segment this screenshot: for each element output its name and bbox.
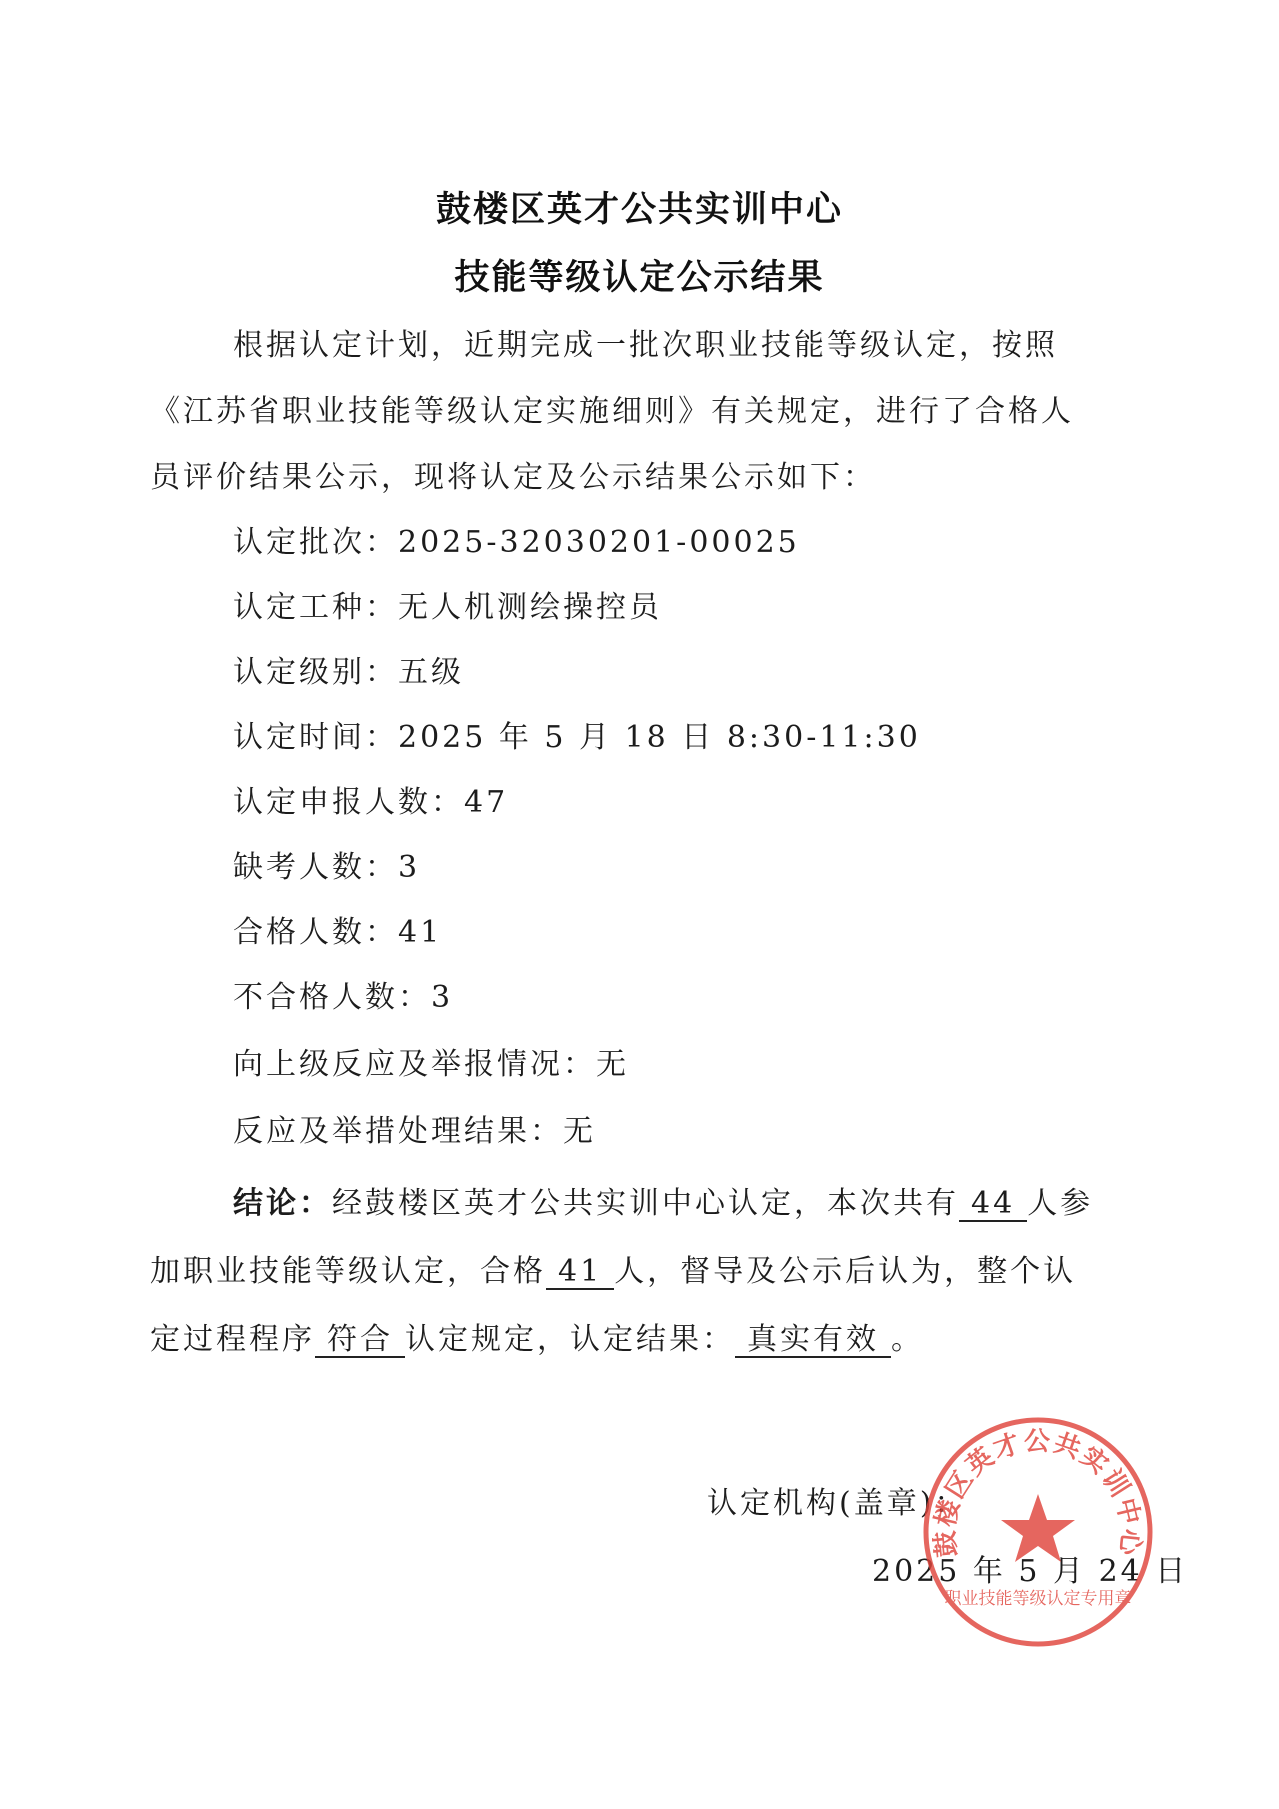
field-occupation: 认定工种：无人机测绘操控员 [233,582,662,626]
field-reports: 向上级反应及举报情况：无 [233,1039,629,1083]
field-absent: 缺考人数：3 [233,842,420,886]
field-label: 认定批次： [233,525,398,560]
field-label: 向上级反应及举报情况： [233,1047,596,1082]
result-value: 真实有效 [735,1324,891,1358]
field-value: 3 [398,850,420,885]
conclusion-label: 结论： [233,1186,332,1221]
document-title-line1: 鼓楼区英才公共实训中心 [0,182,1279,232]
field-batch: 认定批次：2025-32030201-00025 [233,517,800,561]
conclusion-line-1: 结论：经鼓楼区英才公共实训中心认定，本次共有44人参 [233,1178,1093,1222]
intro-line-2: 《江苏省职业技能等级认定实施细则》有关规定，进行了合格人 [150,386,1074,430]
field-handling: 反应及举措处理结果：无 [233,1106,596,1150]
field-label: 缺考人数： [233,850,398,885]
field-value: 五级 [398,655,464,690]
official-seal-stamp: 鼓楼区英才公共实训中心 职业技能等级认定专用章 [918,1412,1158,1652]
field-passed: 合格人数：41 [233,907,442,951]
participants-count: 44 [959,1188,1027,1222]
field-value: 无 [563,1114,596,1149]
field-applicants: 认定申报人数：47 [233,777,508,821]
field-label: 认定工种： [233,590,398,625]
field-label: 反应及举措处理结果： [233,1114,563,1149]
star-icon [1001,1494,1075,1562]
conclusion-text: 。 [891,1322,924,1357]
field-level: 认定级别：五级 [233,647,464,691]
conclusion-text: 人参 [1027,1186,1093,1221]
conclusion-text: 经鼓楼区英才公共实训中心认定，本次共有 [332,1186,959,1221]
compliance-value: 符合 [315,1324,405,1358]
field-value: 2025 年 5 月 18 日 8:30-11:30 [398,720,921,755]
passed-count: 41 [546,1256,614,1290]
seal-bottom-text: 职业技能等级认定专用章 [945,1588,1132,1609]
conclusion-line-3: 定过程程序符合认定规定，认定结果：真实有效。 [150,1314,924,1358]
field-value: 无人机测绘操控员 [398,590,662,625]
field-label: 认定申报人数： [233,785,464,820]
conclusion-line-2: 加职业技能等级认定，合格41人，督导及公示后认为，整个认 [150,1246,1076,1290]
field-time: 认定时间：2025 年 5 月 18 日 8:30-11:30 [233,712,921,756]
field-label: 认定时间： [233,720,398,755]
intro-line-3: 员评价结果公示，现将认定及公示结果公示如下： [150,452,876,496]
field-value: 2025-32030201-00025 [398,525,800,560]
field-value: 47 [464,785,508,820]
intro-line-1: 根据认定计划，近期完成一批次职业技能等级认定，按照 [233,320,1058,364]
field-label: 认定级别： [233,655,398,690]
conclusion-text: 认定规定，认定结果： [405,1322,735,1357]
conclusion-text: 定过程程序 [150,1322,315,1357]
field-value: 41 [398,915,442,950]
field-value: 3 [431,980,453,1015]
field-failed: 不合格人数：3 [233,972,453,1016]
field-label: 合格人数： [233,915,398,950]
field-label: 不合格人数： [233,980,431,1015]
document-title-line2: 技能等级认定公示结果 [0,250,1279,300]
field-value: 无 [596,1047,629,1082]
conclusion-text: 人，督导及公示后认为，整个认 [614,1254,1076,1289]
conclusion-text: 加职业技能等级认定，合格 [150,1254,546,1289]
